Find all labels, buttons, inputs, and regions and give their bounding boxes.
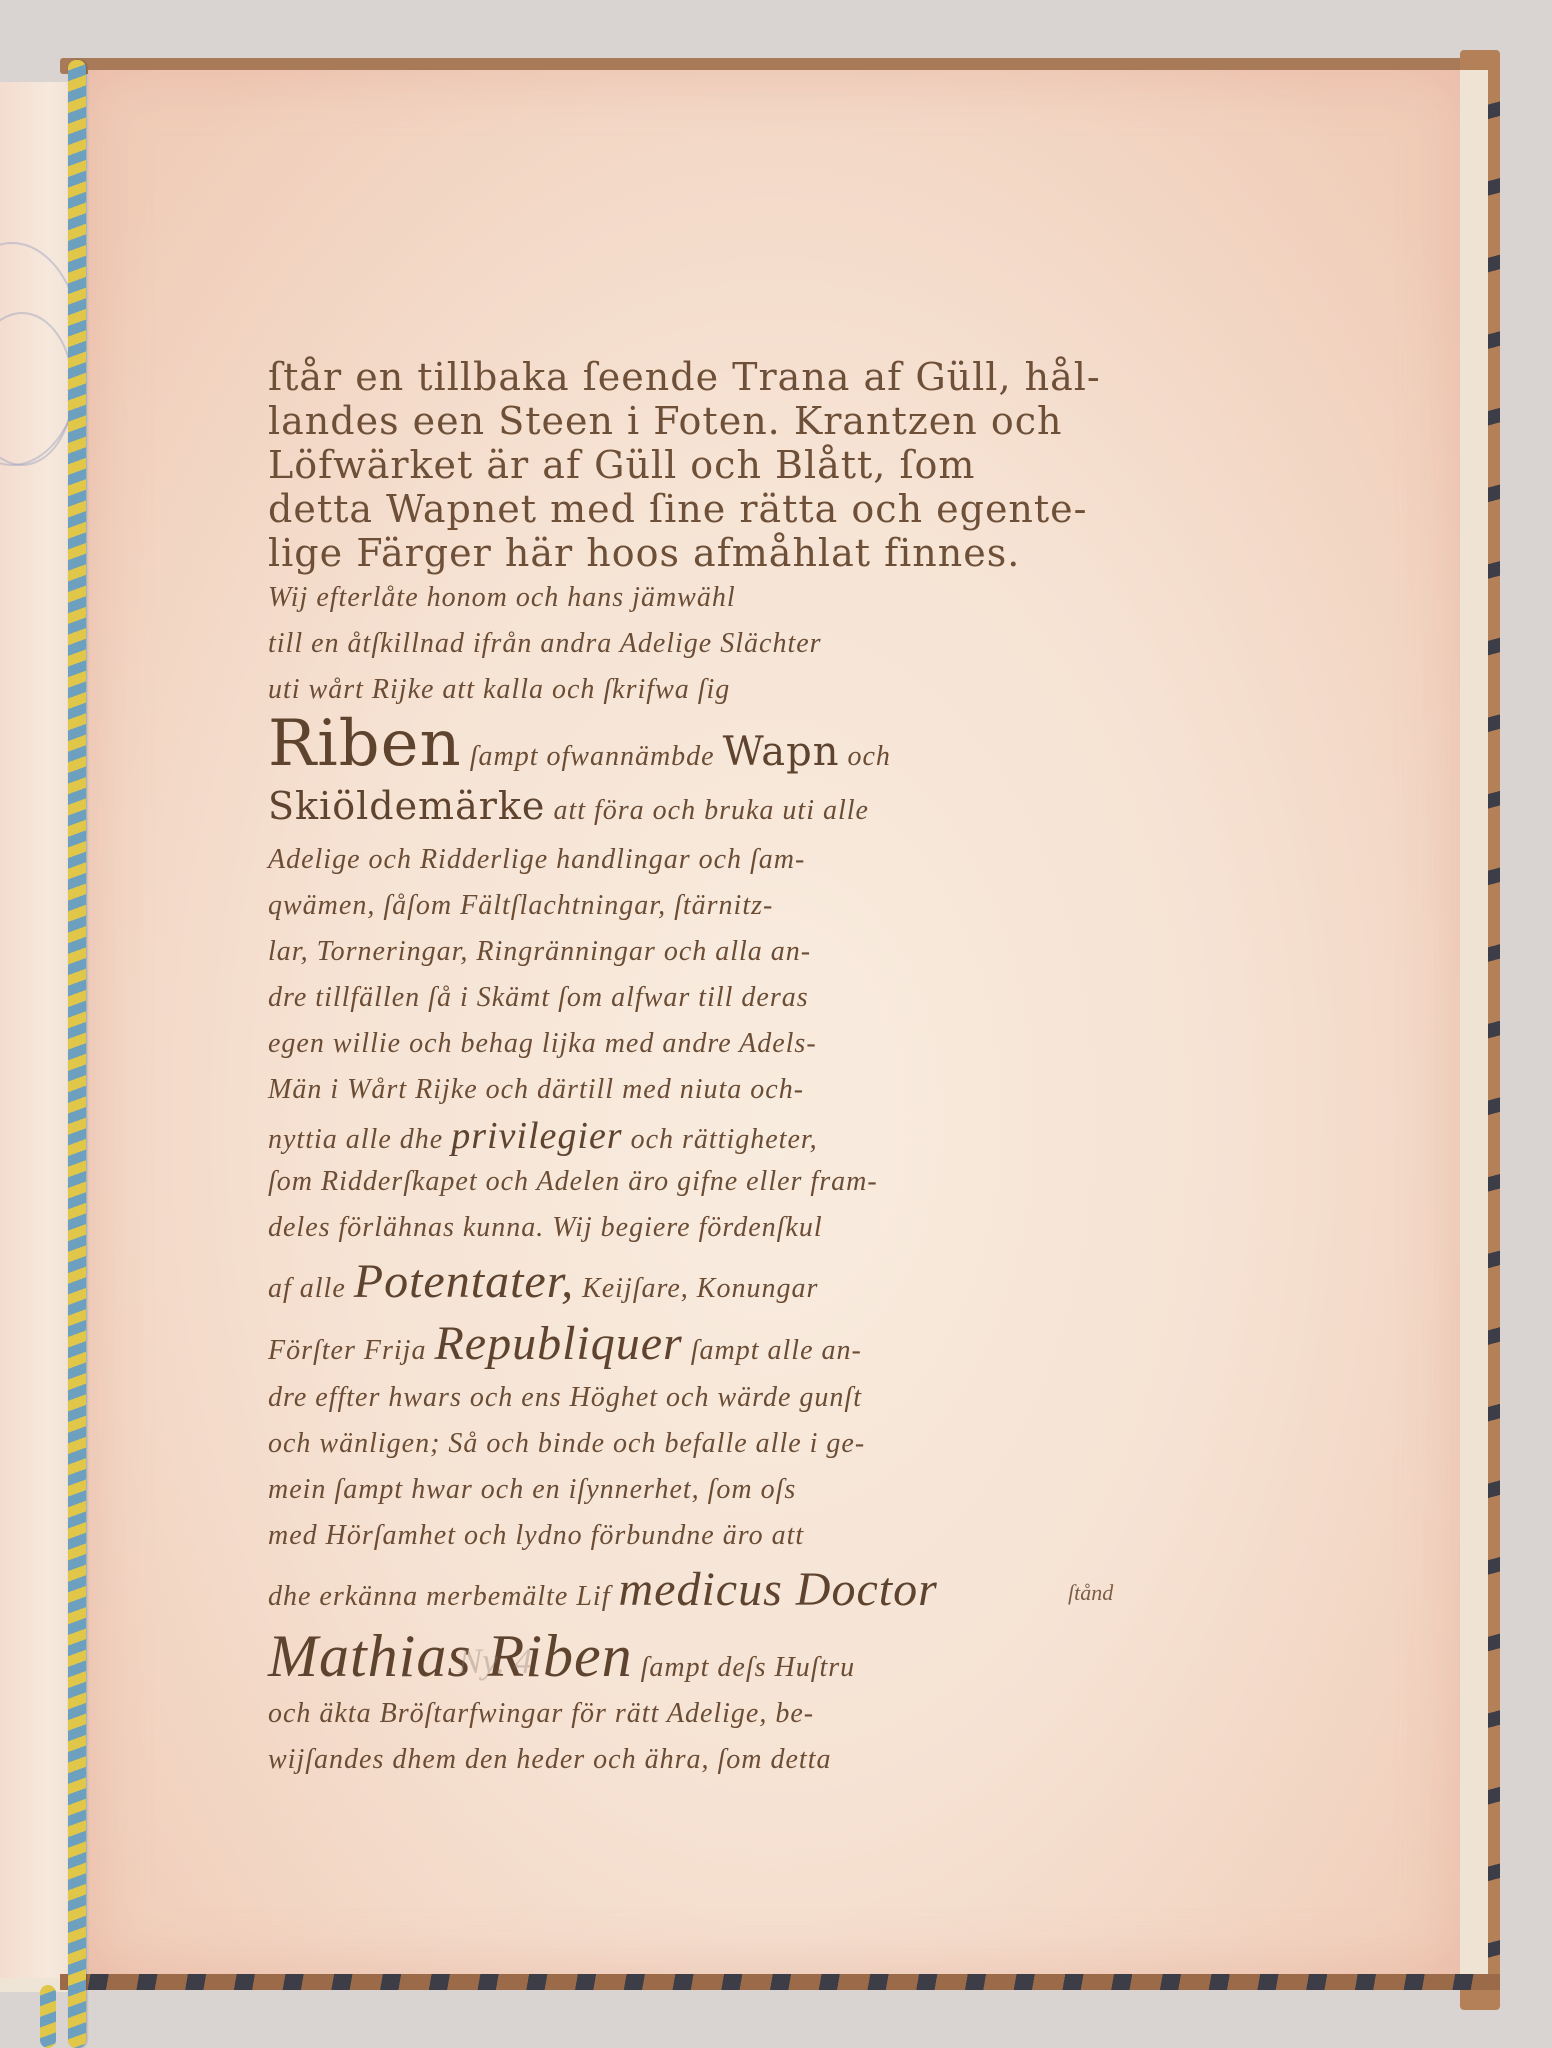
manuscript-text: ſtår en tillbaka ſeende Trana af Güll, h…: [268, 355, 1128, 1783]
text-line: Mathias Riben ſampt deſs Huſtru: [268, 1621, 1128, 1691]
text-line: med Hörſamhet och lydno förbundne äro at…: [268, 1513, 1128, 1559]
text-line: ſom Ridderſkapet och Adelen äro gifne el…: [268, 1159, 1128, 1205]
text-line: mein ſampt hwar och en iſynnerhet, ſom o…: [268, 1467, 1128, 1513]
catchword: ſtånd: [1068, 1580, 1113, 1606]
text-fragment: nyttia alle dhe: [268, 1124, 443, 1155]
manuscript-page: ſtår en tillbaka ſeende Trana af Güll, h…: [88, 70, 1488, 1974]
text-line: Wij efterlåte honom och hans jämwähl: [268, 575, 1128, 621]
emphasis-word: medicus Doctor: [619, 1563, 938, 1616]
text-fragment: ſampt deſs Huſtru: [641, 1652, 856, 1683]
text-line: Förſter Frija Republiquer ſampt alle an-: [268, 1313, 1128, 1375]
text-line: och äkta Bröſtarfwingar för rätt Adelige…: [268, 1691, 1128, 1737]
name-emphasis: Mathias Riben: [268, 1623, 633, 1689]
binding-cord-tail: [40, 1985, 56, 2048]
text-line: af alle Potentater, Keijſare, Konungar: [268, 1251, 1128, 1313]
text-fragment: och: [847, 741, 890, 772]
emphasis-word: Potentater,: [354, 1255, 574, 1308]
text-line: och wänligen; Så och binde och befalle a…: [268, 1421, 1128, 1467]
text-line: lige Färger här hoos afmåhlat finnes.: [268, 531, 1128, 575]
text-fragment: att föra och bruka uti alle: [553, 795, 869, 826]
text-line: deles förlähnas kunna. Wij begiere förde…: [268, 1205, 1128, 1251]
text-line: Löfwärket är af Güll och Blått, ſom: [268, 443, 1128, 487]
text-line: lar, Torneringar, Ringränningar och alla…: [268, 929, 1128, 975]
text-fragment: af alle: [268, 1273, 346, 1304]
text-fragment: ſampt ofwannämbde: [470, 741, 715, 772]
text-line: detta Wapnet med ſine rätta och egente-: [268, 487, 1128, 531]
text-fragment: Keijſare, Konungar: [582, 1273, 818, 1304]
text-line: qwämen, ſåſom Fältſlachtningar, ſtärnitz…: [268, 883, 1128, 929]
cover-edge-bottom: [60, 1974, 1500, 1990]
text-line: landes een Steen i Foten. Krantzen och: [268, 399, 1128, 443]
emphasis-word: Wapn: [723, 729, 840, 775]
emphasis-word: Skiöldemärke: [268, 784, 545, 828]
emphasis-word: privilegier: [451, 1115, 622, 1157]
text-line: Skiöldemärke att föra och bruka uti alle: [268, 775, 1128, 837]
text-line: dre tillfällen ſå i Skämt ſom alfwar til…: [268, 975, 1128, 1021]
text-line: Riben ſampt ofwannämbde Wapn och: [268, 713, 1128, 775]
text-line: Adelige och Ridderlige handlingar och ſa…: [268, 837, 1128, 883]
text-line: wijſandes dhem den heder och ähra, ſom d…: [268, 1737, 1128, 1783]
text-line: dre effter hwars och ens Höghet och wärd…: [268, 1375, 1128, 1421]
text-fragment: ſampt alle an-: [691, 1335, 862, 1366]
binding-cord: [68, 60, 86, 2048]
text-fragment: Förſter Frija: [268, 1335, 426, 1366]
emphasis-word: Republiquer: [434, 1317, 682, 1370]
text-line: nyttia alle dhe privilegier och rättighe…: [268, 1113, 1128, 1159]
text-line: Män i Wårt Rijke och därtill med niuta o…: [268, 1067, 1128, 1113]
text-line: egen willie och behag lijka med andre Ad…: [268, 1021, 1128, 1067]
text-fragment: och rättigheter,: [631, 1124, 818, 1155]
text-line: ſtår en tillbaka ſeende Trana af Güll, h…: [268, 355, 1128, 399]
text-line: till en åtſkillnad ifrån andra Adelige S…: [268, 621, 1128, 667]
text-fragment: dhe erkänna merbemälte Lif: [268, 1581, 611, 1612]
text-line: dhe erkänna merbemälte Lif medicus Docto…: [268, 1559, 1128, 1621]
surname-emphasis: Riben: [268, 707, 462, 781]
pencil-note: Ny. 4: [458, 1640, 532, 1682]
